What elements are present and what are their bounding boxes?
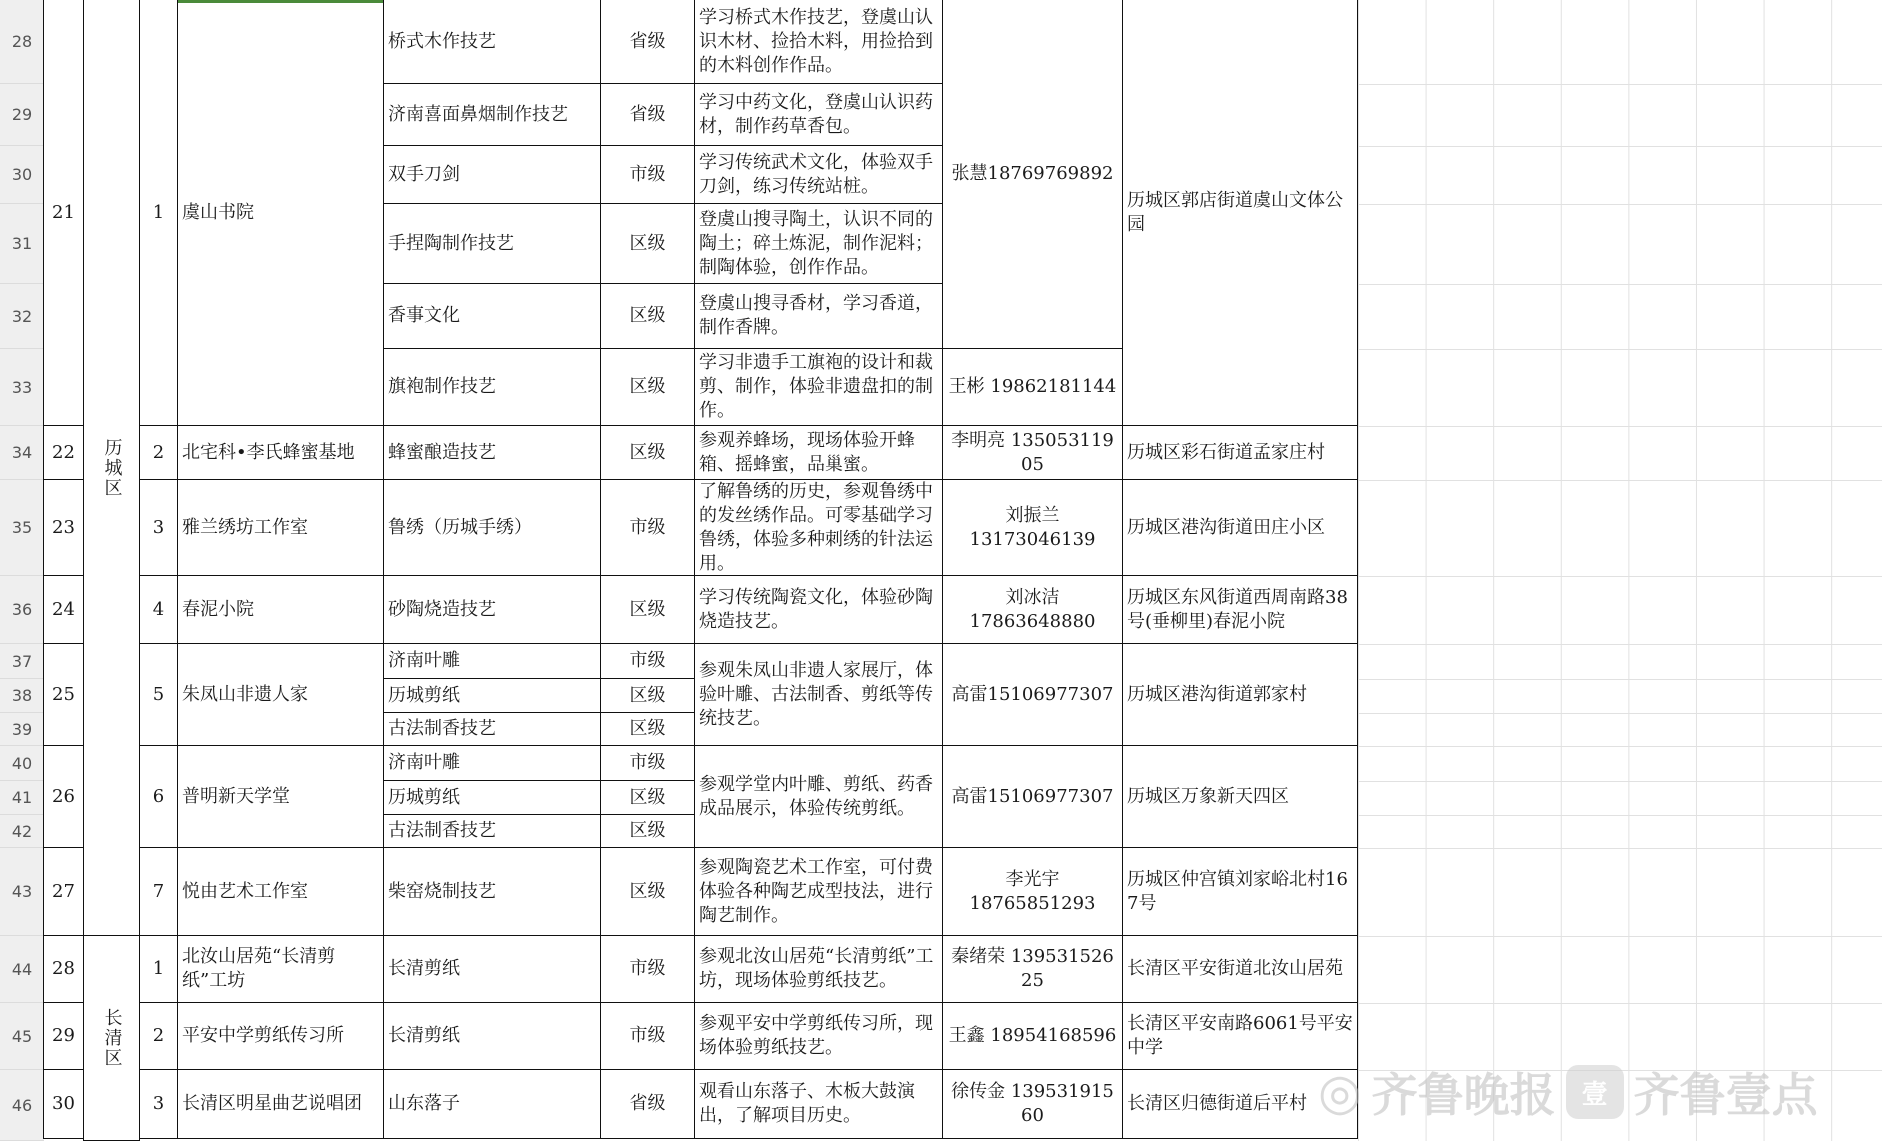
unit-cell[interactable]: 北宅科•李氏蜂蜜基地 [177,425,384,480]
row-header[interactable]: 34 [0,426,44,480]
grid-line [1358,746,1882,747]
project-cell[interactable]: 长清剪纸 [383,1002,601,1070]
level-cell[interactable]: 市级 [600,479,695,576]
grid-line [1358,349,1882,350]
content-cell[interactable]: 学习非遗手工旗袍的设计和裁剪、制作，体验非遗盘扣的制作。 [694,348,943,426]
unit-cell[interactable]: 春泥小院 [177,575,384,644]
project-cell[interactable]: 山东落子 [383,1069,601,1139]
level-cell[interactable]: 区级 [600,780,695,815]
content-cell[interactable]: 观看山东落子、木板大鼓演出，了解项目历史。 [694,1069,943,1139]
selection-indicator [178,0,384,3]
watermark-brand: 齐鲁晚报 [1372,1059,1556,1125]
grid-line [1358,480,1882,481]
content-cell[interactable]: 学习桥式木作技艺，登虞山认识木材、捡拾木料，用捡拾到的木料创作作品。 [694,0,943,84]
unit-cell[interactable]: 虞山书院 [177,0,384,426]
grid-line [1358,426,1882,427]
seq-cell[interactable]: 27 [43,847,84,936]
seq-cell[interactable]: 24 [43,575,84,644]
grid-line [1358,936,1882,937]
seq-cell[interactable]: 30 [43,1069,84,1139]
content-cell[interactable]: 登虞山搜寻香材，学习香道，制作香牌。 [694,283,943,349]
project-cell[interactable]: 古法制香技艺 [383,712,601,746]
project-cell[interactable]: 手捏陶制作技艺 [383,203,601,284]
watermark: ◎ 齐鲁晚报 壹 齐鲁壹点 [1318,1052,1878,1132]
contact-cell[interactable]: 李明亮 13505311905 [942,425,1123,480]
district-cell[interactable]: 长清区 [83,935,140,1141]
level-cell[interactable]: 区级 [600,575,695,644]
project-cell[interactable]: 济南叶雕 [383,745,601,781]
contact-cell[interactable]: 刘冰洁17863648880 [942,575,1123,644]
address-cell[interactable]: 历城区彩石街道孟家庄村 [1122,425,1358,480]
project-cell[interactable]: 济南叶雕 [383,643,601,679]
address-cell[interactable]: 长清区平安街道北汝山居苑 [1122,935,1358,1003]
grid-line [1358,284,1882,285]
project-cell[interactable]: 济南喜面鼻烟制作技艺 [383,83,601,146]
project-cell[interactable]: 鲁绣（历城手绣） [383,479,601,576]
row-header[interactable]: 31 [0,204,44,284]
unit-cell[interactable]: 雅兰绣坊工作室 [177,479,384,576]
grid-line [1358,204,1882,205]
unit-cell[interactable]: 悦由艺术工作室 [177,847,384,936]
index-cell[interactable]: 7 [139,847,178,936]
address-cell[interactable]: 历城区东风街道西周南路38号(垂柳里)春泥小院 [1122,575,1358,644]
project-cell[interactable]: 双手刀剑 [383,145,601,204]
level-cell[interactable]: 省级 [600,83,695,146]
address-cell[interactable]: 历城区港沟街道郭家村 [1122,643,1358,746]
content-cell[interactable]: 参观陶瓷艺术工作室，可付费体验各种陶艺成型技法，进行陶艺制作。 [694,847,943,936]
unit-cell[interactable]: 朱凤山非遗人家 [177,643,384,746]
address-cell[interactable]: 历城区万象新天四区 [1122,745,1358,848]
grid-line [1358,84,1882,85]
district-label: 长清区 [100,1008,124,1068]
level-cell[interactable]: 省级 [600,1069,695,1139]
index-cell[interactable]: 2 [139,1002,178,1070]
grid-line [1358,146,1882,147]
row-header[interactable]: 28 [0,0,44,84]
row-header[interactable]: 43 [0,848,44,936]
row-header[interactable]: 42 [0,815,44,848]
index-cell[interactable]: 5 [139,643,178,746]
seq-cell[interactable]: 26 [43,745,84,848]
project-cell[interactable]: 香事文化 [383,283,601,349]
contact-cell[interactable]: 王鑫 18954168596 [942,1002,1123,1070]
contact-cell[interactable]: 徐传金 13953191560 [942,1069,1123,1139]
seq-cell[interactable]: 22 [43,425,84,480]
level-cell[interactable]: 区级 [600,814,695,848]
row-header[interactable]: 32 [0,284,44,349]
grid-line [1358,713,1882,714]
seq-cell[interactable]: 21 [43,0,84,426]
content-cell[interactable]: 学习中药文化，登虞山认识药材，制作药草香包。 [694,83,943,146]
content-cell[interactable]: 学习传统武术文化，体验双手刀剑，练习传统站桩。 [694,145,943,204]
row-header[interactable]: 39 [0,713,44,746]
seq-cell[interactable]: 29 [43,1002,84,1070]
contact-cell[interactable]: 高雷15106977307 [942,643,1123,746]
project-cell[interactable]: 古法制香技艺 [383,814,601,848]
row-header[interactable]: 35 [0,480,44,576]
content-cell[interactable]: 参观养蜂场，现场体验开蜂箱、摇蜂蜜，品巢蜜。 [694,425,943,480]
project-cell[interactable]: 蜂蜜酿造技艺 [383,425,601,480]
level-cell[interactable]: 区级 [600,847,695,936]
address-cell[interactable]: 历城区郭店街道虞山文体公园 [1122,0,1358,426]
row-header[interactable]: 45 [0,1003,44,1070]
level-cell[interactable]: 省级 [600,0,695,84]
unit-cell[interactable]: 长清区明星曲艺说唱团 [177,1069,384,1139]
project-cell[interactable]: 历城剪纸 [383,678,601,713]
project-cell[interactable]: 柴窑烧制技艺 [383,847,601,936]
district-label: 历城区 [100,438,124,498]
index-cell[interactable]: 1 [139,935,178,1003]
contact-cell[interactable]: 张慧18769769892 [942,0,1123,349]
index-cell[interactable]: 6 [139,745,178,848]
project-cell[interactable]: 长清剪纸 [383,935,601,1003]
level-cell[interactable]: 区级 [600,678,695,713]
row-header[interactable]: 36 [0,576,44,644]
grid-line [1358,576,1882,577]
index-cell[interactable]: 3 [139,1069,178,1139]
index-cell[interactable]: 1 [139,0,178,426]
row-header[interactable]: 30 [0,146,44,204]
level-cell[interactable]: 市级 [600,935,695,1003]
level-cell[interactable]: 市级 [600,1002,695,1070]
row-header[interactable]: 38 [0,679,44,713]
unit-cell[interactable]: 平安中学剪纸传习所 [177,1002,384,1070]
contact-cell[interactable]: 刘振兰13173046139 [942,479,1123,576]
index-cell[interactable]: 2 [139,425,178,480]
watermark-brand-2: 齐鲁壹点 [1634,1059,1818,1125]
project-cell[interactable]: 旗袍制作技艺 [383,348,601,426]
content-cell[interactable]: 学习传统陶瓷文化，体验砂陶烧造技艺。 [694,575,943,644]
row-header[interactable]: 33 [0,349,44,426]
row-header[interactable]: 41 [0,781,44,815]
contact-cell[interactable]: 秦绪荣 13953152625 [942,935,1123,1003]
row-header[interactable]: 40 [0,746,44,781]
project-cell[interactable]: 砂陶烧造技艺 [383,575,601,644]
content-cell[interactable]: 参观平安中学剪纸传习所，现场体验剪纸技艺。 [694,1002,943,1070]
content-cell[interactable]: 参观学堂内叶雕、剪纸、药香成品展示，体验传统剪纸。 [694,745,943,848]
level-cell[interactable]: 区级 [600,712,695,746]
grid-line [1358,848,1882,849]
unit-cell[interactable]: 北汝山居苑“长清剪纸”工坊 [177,935,384,1003]
watermark-logo-icon: 壹 [1566,1065,1624,1119]
seq-cell[interactable]: 28 [43,935,84,1003]
project-cell[interactable]: 桥式木作技艺 [383,0,601,84]
row-header[interactable]: 29 [0,84,44,146]
content-cell[interactable]: 了解鲁绣的历史，参观鲁绣中的发丝绣作品。可零基础学习鲁绣，体验多种刺绣的针法运用… [694,479,943,576]
level-cell[interactable]: 市级 [600,745,695,781]
index-cell[interactable]: 3 [139,479,178,576]
grid-line [1358,644,1882,645]
contact-cell[interactable]: 高雷15106977307 [942,745,1123,848]
row-header[interactable]: 37 [0,644,44,679]
seq-cell[interactable]: 25 [43,643,84,746]
watermark-circle-icon: ◎ [1318,1063,1362,1121]
empty-grid-area[interactable] [1358,0,1882,1141]
level-cell[interactable]: 区级 [600,283,695,349]
spreadsheet: 28 29 30 31 32 33 34 35 36 37 38 39 40 4… [0,0,1882,1141]
contact-cell[interactable]: 王彬 19862181144 [942,348,1123,426]
contact-cell[interactable]: 李光宇18765851293 [942,847,1123,936]
level-cell[interactable]: 市级 [600,643,695,679]
district-cell[interactable]: 历城区 [83,0,140,936]
level-cell[interactable]: 市级 [600,145,695,204]
level-cell[interactable]: 区级 [600,203,695,284]
grid-line [1358,781,1882,782]
grid-line [1358,815,1882,816]
row-header[interactable]: 44 [0,936,44,1003]
address-cell[interactable]: 历城区港沟街道田庄小区 [1122,479,1358,576]
project-cell[interactable]: 历城剪纸 [383,780,601,815]
content-cell[interactable]: 参观北汝山居苑“长清剪纸”工坊，现场体验剪纸技艺。 [694,935,943,1003]
content-cell[interactable]: 登虞山搜寻陶土，认识不同的陶土；碎土炼泥，制作泥料；制陶体验，创作作品。 [694,203,943,284]
seq-cell[interactable]: 23 [43,479,84,576]
row-header[interactable]: 46 [0,1070,44,1141]
content-cell[interactable]: 参观朱凤山非遗人家展厅，体验叶雕、古法制香、剪纸等传统技艺。 [694,643,943,746]
level-cell[interactable]: 区级 [600,348,695,426]
address-cell[interactable]: 历城区仲宫镇刘家峪北村167号 [1122,847,1358,936]
index-cell[interactable]: 4 [139,575,178,644]
grid-line [1358,1003,1882,1004]
grid-line [1358,679,1882,680]
unit-cell[interactable]: 普明新天学堂 [177,745,384,848]
level-cell[interactable]: 区级 [600,425,695,480]
